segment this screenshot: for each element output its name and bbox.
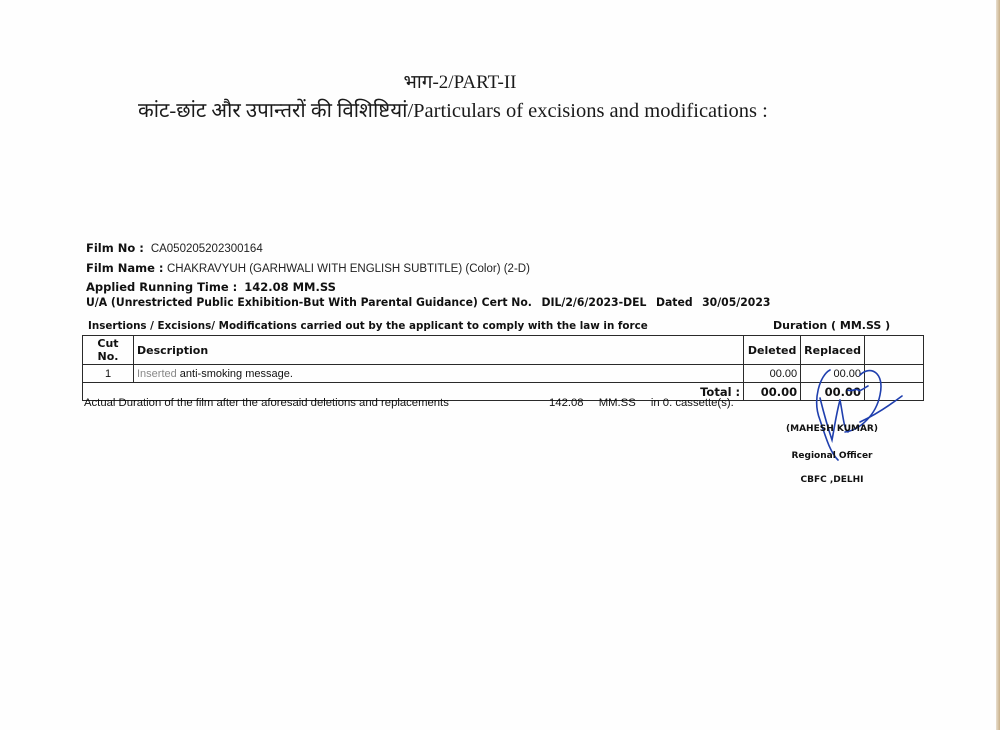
section-title: कांट-छांट और उपान्तरों की विशिष्टियां/Pa… [138,96,838,124]
certificate-category: U/A (Unrestricted Public Exhibition-But … [86,296,532,309]
certificate-date: 30/05/2023 [702,296,770,309]
running-time-label: Applied Running Time : [86,280,237,294]
col-description: Description [134,336,744,365]
description-text: anti-smoking message. [177,368,293,380]
signatory-name: (MAHESH KUMAR) [782,424,882,434]
cell-description: Inserted anti-smoking message. [134,365,744,383]
cell-cut-no: 1 [83,365,134,383]
actual-duration-unit: MM.SS [599,397,636,409]
description-prefix: Inserted [137,368,177,380]
running-time-value: 142.08 MM.SS [244,280,336,294]
film-no-line: Film No : CA050205202300164 [86,241,263,255]
film-no-value: CA050205202300164 [151,243,263,255]
page-edge [996,0,1000,730]
film-name-line: Film Name : CHAKRAVYUH (GARHWALI WITH EN… [86,261,530,275]
dated-label: Dated [656,296,693,309]
col-cut-no: Cut No. [83,336,134,365]
actual-duration-line: 142.08 MM.SS in 0. cassette(s). [549,397,746,409]
actual-duration-value: 142.08 [549,397,584,409]
certificate-line: U/A (Unrestricted Public Exhibition-But … [86,296,776,309]
certificate-number: DIL/2/6/2023-DEL [541,296,646,309]
film-name-value: CHAKRAVYUH (GARHWALI WITH ENGLISH SUBTIT… [167,263,530,275]
film-no-label: Film No : [86,241,144,255]
part-title: भाग-2/PART-II [0,68,920,94]
actual-duration-label: Actual Duration of the film after the af… [84,397,449,409]
film-name-label: Film Name : [86,261,164,275]
signatory-office: CBFC ,DELHI [782,475,882,485]
signatory-role: Regional Officer [782,451,882,461]
duration-header: Duration ( MM.SS ) [773,319,890,332]
running-time-line: Applied Running Time : 142.08 MM.SS [86,280,336,294]
table-caption: Insertions / Excisions/ Modifications ca… [88,319,648,332]
cassette-count: in 0. cassette(s). [651,397,734,409]
